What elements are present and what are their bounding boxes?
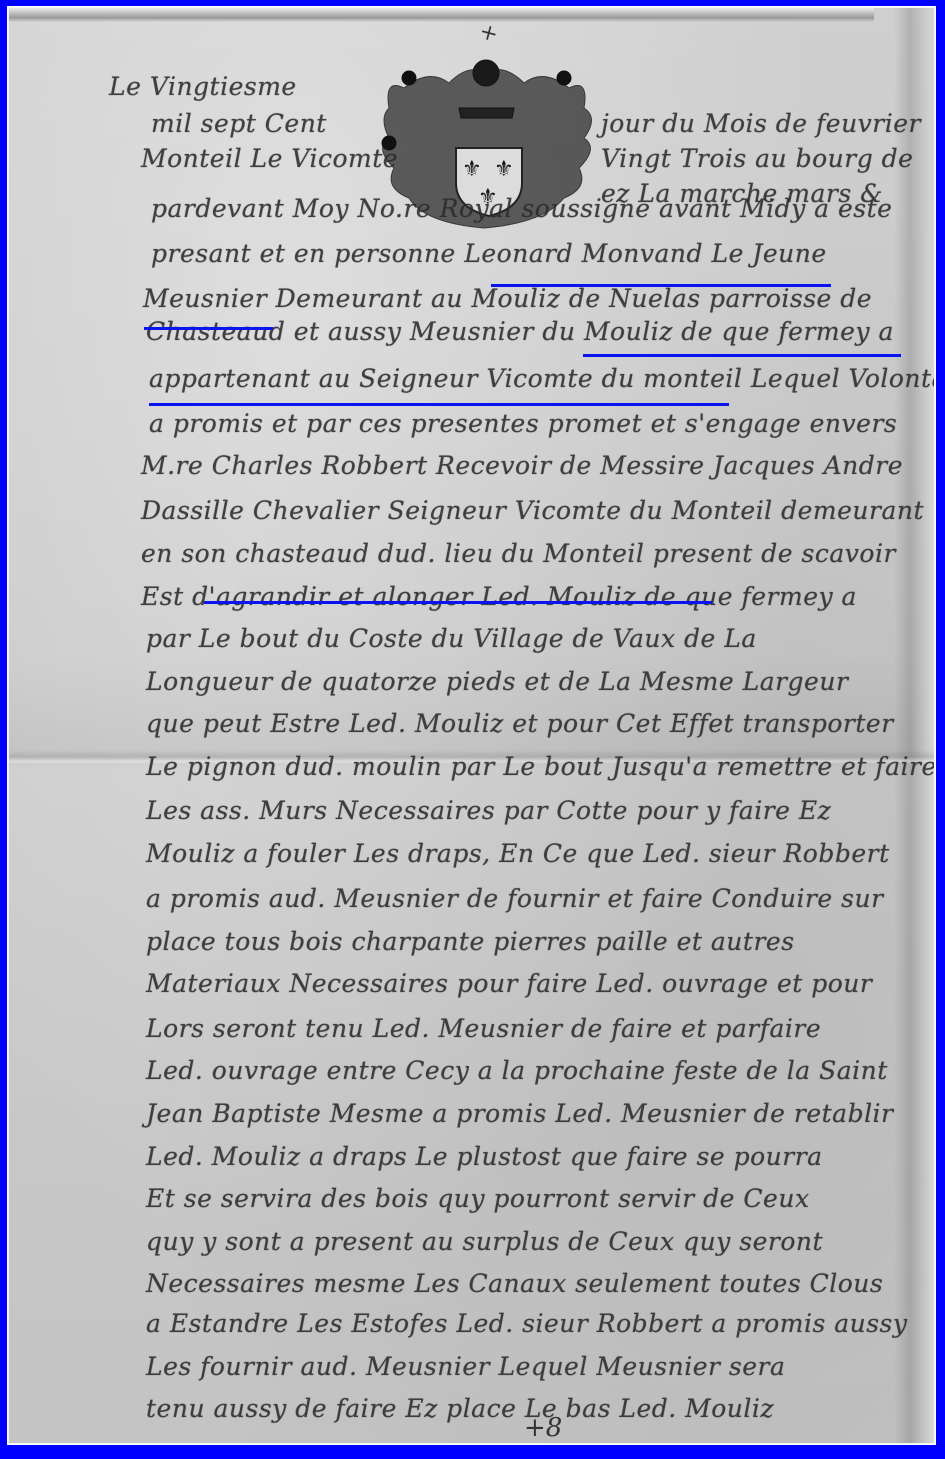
handwritten-line: Et se servira des bois quy pourront serv… bbox=[146, 1184, 810, 1213]
handwritten-line: Jean Baptiste Mesme a promis Led. Meusni… bbox=[146, 1099, 894, 1128]
torn-top-edge bbox=[9, 8, 874, 22]
blue-underline bbox=[491, 284, 831, 287]
handwritten-line: Est d'agrandir et alonger Led. Mouliz de… bbox=[141, 582, 857, 611]
handwritten-line: en son chasteaud dud. lieu du Monteil pr… bbox=[141, 539, 896, 568]
handwritten-line: Necessaires mesme Les Canaux seulement t… bbox=[146, 1269, 883, 1298]
handwritten-line: Les ass. Murs Necessaires par Cotte pour… bbox=[146, 796, 831, 825]
handwritten-line: Le pignon dud. moulin par Le bout Jusqu'… bbox=[146, 752, 934, 781]
handwritten-line: Les fournir aud. Meusnier Lequel Meusnie… bbox=[146, 1352, 785, 1381]
svg-text:⚜: ⚜ bbox=[462, 157, 482, 182]
handwritten-line-right: jour du Mois de feuvrier bbox=[601, 109, 921, 138]
page-right-edge bbox=[894, 8, 934, 1443]
handwritten-line: tenu aussy de faire Ez place Le bas Led.… bbox=[146, 1394, 774, 1423]
manuscript-page: + ⚜ ⚜ ⚜ Le Vingtiesmemil sept CentMontei… bbox=[9, 8, 934, 1443]
document-frame: + ⚜ ⚜ ⚜ Le Vingtiesmemil sept CentMontei… bbox=[7, 6, 936, 1445]
handwritten-line: Longueur de quatorze pieds et de La Mesm… bbox=[146, 667, 848, 696]
folio-mark: +8 bbox=[524, 1413, 562, 1443]
handwritten-line: Lors seront tenu Led. Meusnier de faire … bbox=[146, 1014, 821, 1043]
handwritten-line: appartenant au Seigneur Vicomte du monte… bbox=[149, 364, 934, 393]
blue-underline bbox=[583, 354, 901, 357]
handwritten-line: Le Vingtiesme bbox=[109, 72, 297, 101]
handwritten-line-right: Vingt Trois au bourg de bbox=[601, 144, 913, 173]
handwritten-line: a promis aud. Meusnier de fournir et fai… bbox=[146, 884, 884, 913]
handwritten-line: Mouliz a fouler Les draps, En Ce que Led… bbox=[146, 839, 890, 868]
handwritten-line: Meusnier Demeurant au Mouliz de Nuelas p… bbox=[143, 284, 872, 313]
handwritten-line: Led. ouvrage entre Cecy a la prochaine f… bbox=[146, 1056, 888, 1085]
blue-underline bbox=[144, 327, 273, 330]
handwritten-line: a Estandre Les Estofes Led. sieur Robber… bbox=[146, 1309, 908, 1338]
handwritten-line: Chasteaud et aussy Meusnier du Mouliz de… bbox=[146, 317, 894, 346]
handwritten-line: que peut Estre Led. Mouliz et pour Cet E… bbox=[146, 709, 894, 738]
handwritten-line: Dassille Chevalier Seigneur Vicomte du M… bbox=[141, 496, 924, 525]
handwritten-line: quy y sont a present au surplus de Ceux … bbox=[146, 1227, 823, 1256]
handwritten-line: par Le bout du Coste du Village de Vaux … bbox=[146, 624, 757, 653]
svg-text:⚜: ⚜ bbox=[494, 157, 514, 182]
handwritten-line: Led. Mouliz a draps Le plustost que fair… bbox=[146, 1142, 823, 1171]
handwritten-line: M.re Charles Robbert Recevoir de Messire… bbox=[141, 451, 903, 480]
handwritten-line: mil sept Cent bbox=[151, 109, 327, 138]
handwritten-line: place tous bois charpante pierres paille… bbox=[146, 927, 795, 956]
handwritten-line: a promis et par ces presentes promet et … bbox=[149, 409, 897, 438]
handwritten-line: presant et en personne Leonard Monvand L… bbox=[151, 239, 827, 268]
blue-underline bbox=[149, 403, 729, 406]
handwritten-line: Monteil Le Vicomte bbox=[141, 144, 398, 173]
handwritten-line-right: ez La marche mars & bbox=[601, 179, 883, 208]
handwritten-line: Materiaux Necessaires pour faire Led. ou… bbox=[146, 969, 872, 998]
blue-underline bbox=[204, 601, 712, 604]
cross-mark-icon: + bbox=[476, 21, 494, 49]
